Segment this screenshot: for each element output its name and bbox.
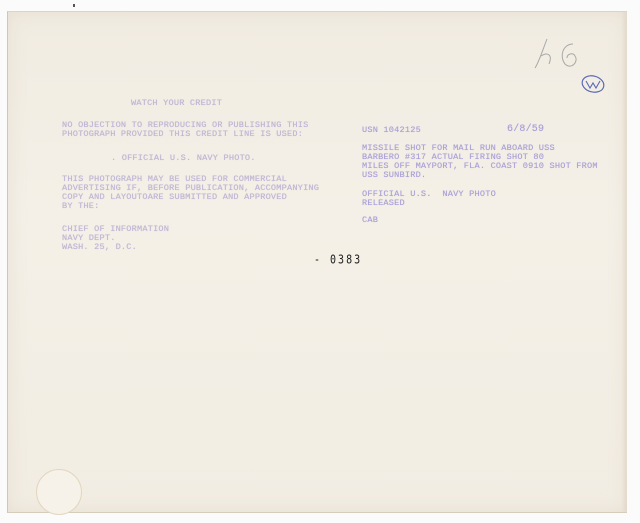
caption-line-4: USS SUNBIRD. [362,171,426,180]
ink-speck [73,4,75,7]
photo-date: 6/8/59 [507,125,544,134]
credit-line: . OFFICIAL U.S. NAVY PHOTO. [111,154,256,163]
stamp-number: - 0383 [314,254,362,268]
advertising-notice-line-4: BY THE: [62,202,100,211]
credit-notice-line-2: PHOTOGRAPH PROVIDED THIS CREDIT LINE IS … [62,130,303,139]
pencil-annotation-icon [533,34,613,104]
credit-heading: WATCH YOUR CREDIT [131,99,222,108]
address-line-3: WASH. 25, D.C. [62,243,137,252]
embossed-circle [36,469,82,515]
initials: CAB [362,216,378,225]
photo-verso-paper: WATCH YOUR CREDIT NO OBJECTION TO REPROD… [7,11,627,513]
photo-id: USN 1042125 [362,126,421,135]
release-line-2: RELEASED [362,199,405,208]
